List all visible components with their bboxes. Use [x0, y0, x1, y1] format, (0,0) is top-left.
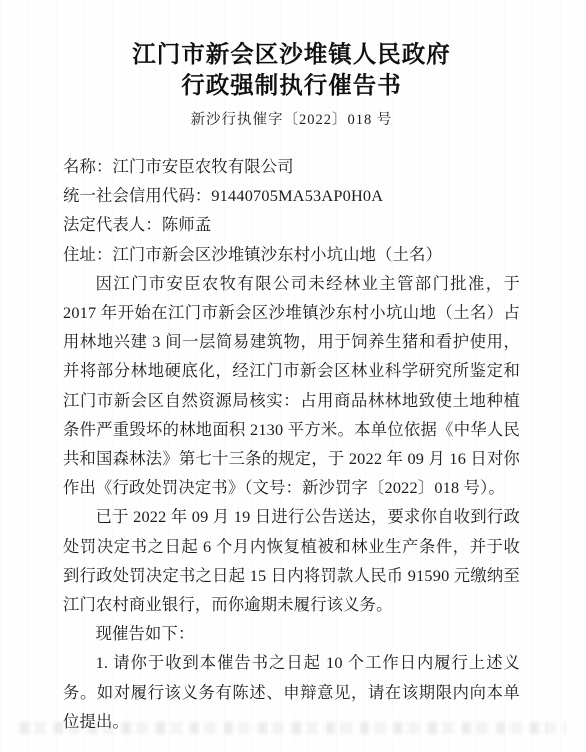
- credit-code-field: 统一社会信用代码：91440705MA53AP0H0A: [63, 181, 520, 210]
- recipient-name-field: 名称：江门市安臣农牧有限公司: [63, 152, 520, 181]
- paragraph-service-notice: 已于 2022 年 09 月 19 日进行公告送达，要求你自收到行政处罚决定书之…: [63, 502, 520, 619]
- legal-representative-field: 法定代表人：陈师孟: [63, 210, 520, 239]
- address-label: 住址：: [63, 245, 112, 264]
- address-field: 住址：江门市新会区沙堆镇沙东村小坑山地（土名）: [63, 240, 520, 269]
- paragraph-facts: 因江门市安臣农牧有限公司未经林业主管部门批准，于 2017 年开始在江门市新会区…: [63, 269, 520, 503]
- recipient-name-value: 江门市安臣农牧有限公司: [112, 157, 293, 176]
- credit-code-label: 统一社会信用代码：: [63, 186, 211, 205]
- document-body: 名称：江门市安臣农牧有限公司 统一社会信用代码：91440705MA53AP0H…: [63, 152, 520, 736]
- document-type: 行政强制执行催告书: [181, 73, 402, 99]
- document-title: 江门市新会区沙堆镇人民政府 行政强制执行催告书: [63, 40, 520, 102]
- recipient-name-label: 名称：: [63, 157, 112, 176]
- credit-code-value: 91440705MA53AP0H0A: [211, 186, 383, 205]
- document-number: 新沙行执催字〔2022〕018 号: [63, 110, 520, 130]
- issuing-authority: 江门市新会区沙堆镇人民政府: [132, 42, 451, 68]
- address-value: 江门市新会区沙堆镇沙东村小坑山地（土名）: [112, 245, 442, 264]
- paragraph-demand-intro: 现催告如下：: [63, 619, 520, 648]
- document-page: 江门市新会区沙堆镇人民政府 行政强制执行催告书 新沙行执催字〔2022〕018 …: [0, 0, 586, 736]
- paragraph-demand-item-1: 1. 请你于收到本催告书之日起 10 个工作日内履行上述义务。如对履行该义务有陈…: [63, 648, 520, 736]
- legal-representative-value: 陈师孟: [162, 215, 211, 234]
- legal-representative-label: 法定代表人：: [63, 215, 162, 234]
